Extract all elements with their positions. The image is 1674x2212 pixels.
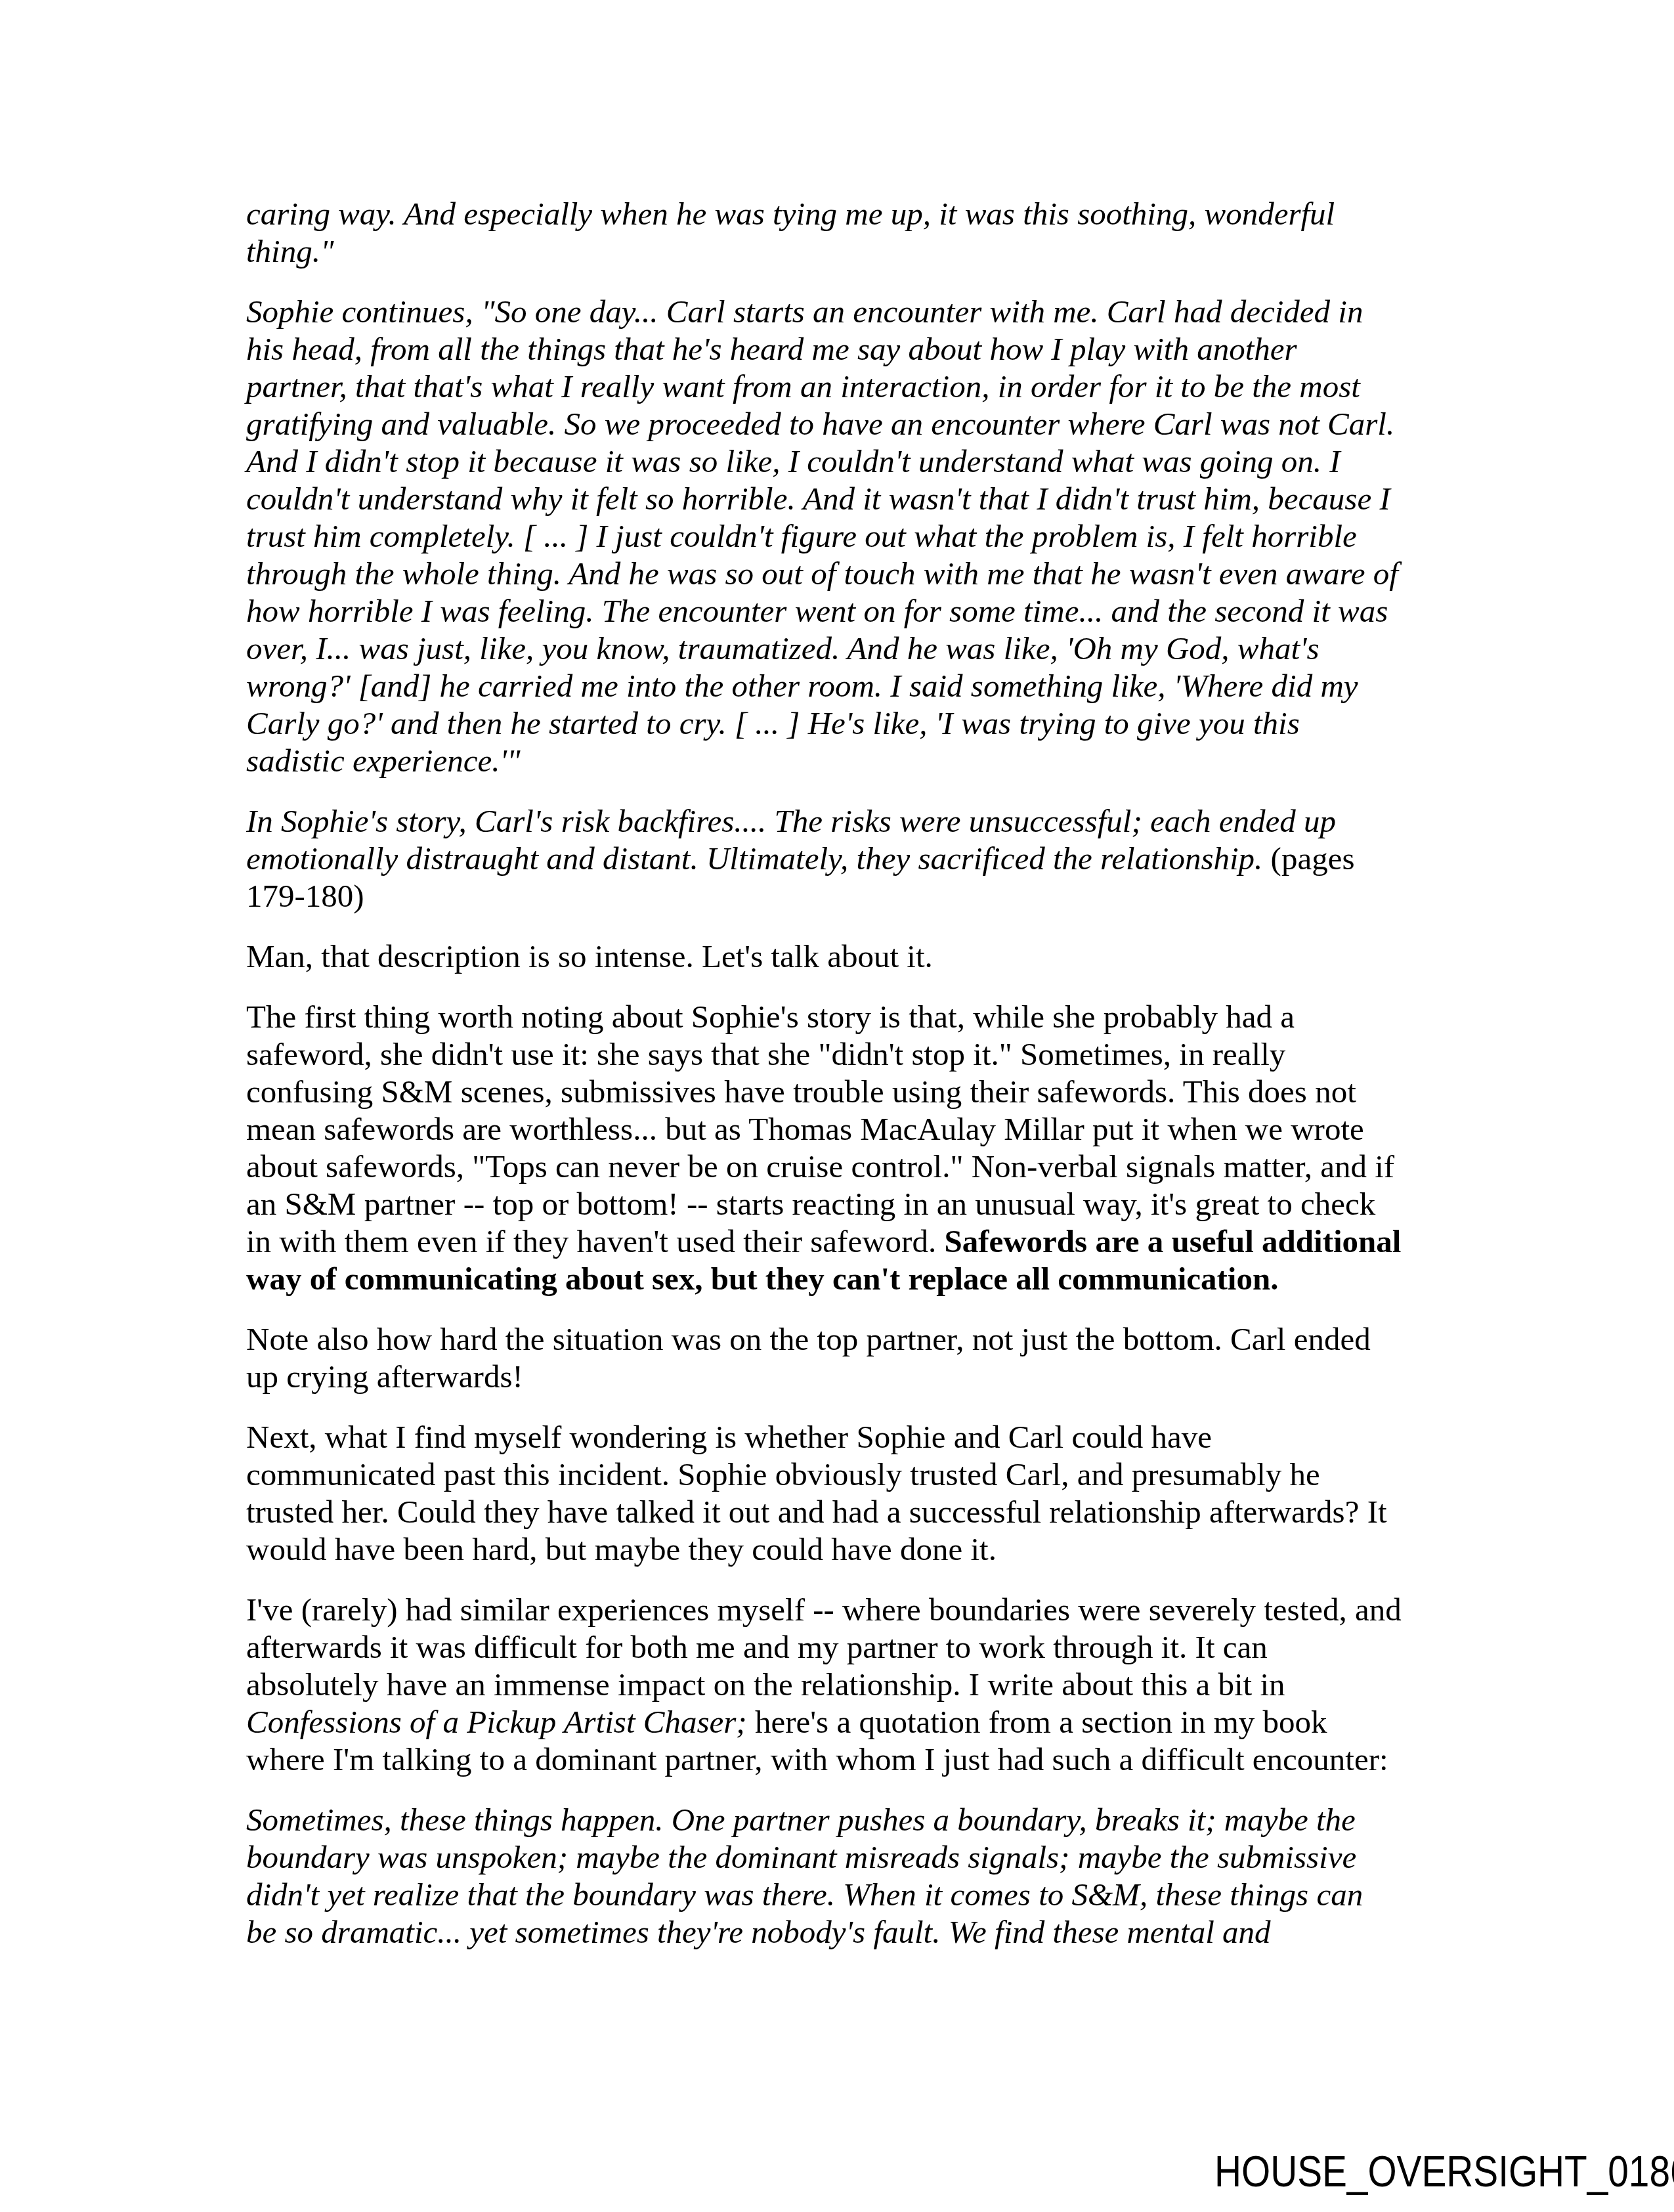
safewords-paragraph: The first thing worth noting about Sophi… [246,998,1428,1297]
page-citation-line: 179-180) [246,877,1428,915]
text-line: Note also how hard the situation was on … [246,1320,1428,1358]
personal-experience-paragraph: I've (rarely) had similar experiences my… [246,1591,1428,1778]
emphasis-line: way of communicating about sex, but they… [246,1260,1428,1297]
text-line: The first thing worth noting about Sophi… [246,998,1428,1035]
text-line: boundary was unspoken; maybe the dominan… [246,1838,1428,1876]
text-line: communicated past this incident. Sophie … [246,1456,1428,1493]
text-line: partner, that that's what I really want … [246,368,1428,405]
text-line: Confessions of a Pickup Artist Chaser; h… [246,1703,1428,1741]
text-line: his head, from all the things that he's … [246,330,1428,368]
text-line: in with them even if they haven't used t… [246,1223,1428,1260]
text-line: Sophie continues, "So one day... Carl st… [246,293,1428,330]
text-line: about safewords, "Tops can never be on c… [246,1148,1428,1185]
text-line: couldn't understand why it felt so horri… [246,480,1428,517]
text-line: wrong?' [and] he carried me into the oth… [246,667,1428,705]
sophie-quote-paragraph: Sophie continues, "So one day... Carl st… [246,293,1428,779]
text-line: And I didn't stop it because it was so l… [246,443,1428,480]
bates-stamp: HOUSE_OVERSIGHT_018653 [1214,2148,1674,2194]
text-line: would have been hard, but maybe they cou… [246,1530,1428,1568]
text-line: Next, what I find myself wondering is wh… [246,1418,1428,1456]
text-line: Carly go?' and then he started to cry. [… [246,705,1428,742]
emphasis-text: Safewords are a useful additional [944,1223,1401,1259]
text-line: up crying afterwards! [246,1358,1428,1395]
text-line: Sometimes, these things happen. One part… [246,1801,1428,1838]
text-line: caring way. And especially when he was t… [246,195,1428,232]
text-line: trusted her. Could they have talked it o… [246,1493,1428,1530]
text-line: thing." [246,232,1428,270]
quote-continuation-paragraph: caring way. And especially when he was t… [246,195,1428,270]
text-line: absolutely have an immense impact on the… [246,1666,1428,1703]
commentary-intro-paragraph: Man, that description is so intense. Let… [246,938,1428,975]
text-line: through the whole thing. And he was so o… [246,555,1428,592]
text-line: over, I... was just, like, you know, tra… [246,630,1428,667]
text-line: mean safewords are worthless... but as T… [246,1110,1428,1148]
page-citation: (pages [1262,840,1354,877]
plain-text: in with them even if they haven't used t… [246,1223,944,1259]
text-line: confusing S&M scenes, submissives have t… [246,1073,1428,1110]
text-line: be so dramatic... yet sometimes they're … [246,1913,1428,1951]
text-line: gratifying and valuable. So we proceeded… [246,405,1428,443]
text-line: trust him completely. [ ... ] I just cou… [246,517,1428,555]
top-partner-paragraph: Note also how hard the situation was on … [246,1320,1428,1395]
plain-text: here's a quotation from a section in my … [747,1704,1327,1740]
text-line: where I'm talking to a dominant partner,… [246,1741,1428,1778]
excerpt-text: emotionally distraught and distant. Ulti… [246,840,1262,877]
text-line: In Sophie's story, Carl's risk backfires… [246,802,1428,840]
text-line: afterwards it was difficult for both me … [246,1628,1428,1666]
communication-paragraph: Next, what I find myself wondering is wh… [246,1418,1428,1568]
text-line: sadistic experience.'" [246,742,1428,779]
text-line: how horrible I was feeling. The encounte… [246,592,1428,630]
text-line: didn't yet realize that the boundary was… [246,1876,1428,1913]
document-page: caring way. And especially when he was t… [246,195,1428,1974]
book-quotation-paragraph: Sometimes, these things happen. One part… [246,1801,1428,1951]
book-title: Confessions of a Pickup Artist Chaser; [246,1704,747,1740]
text-line: Man, that description is so intense. Let… [246,938,1428,975]
text-line: safeword, she didn't use it: she says th… [246,1035,1428,1073]
text-line: emotionally distraught and distant. Ulti… [246,840,1428,877]
book-excerpt-paragraph: In Sophie's story, Carl's risk backfires… [246,802,1428,915]
text-line: I've (rarely) had similar experiences my… [246,1591,1428,1628]
text-line: an S&M partner -- top or bottom! -- star… [246,1185,1428,1223]
